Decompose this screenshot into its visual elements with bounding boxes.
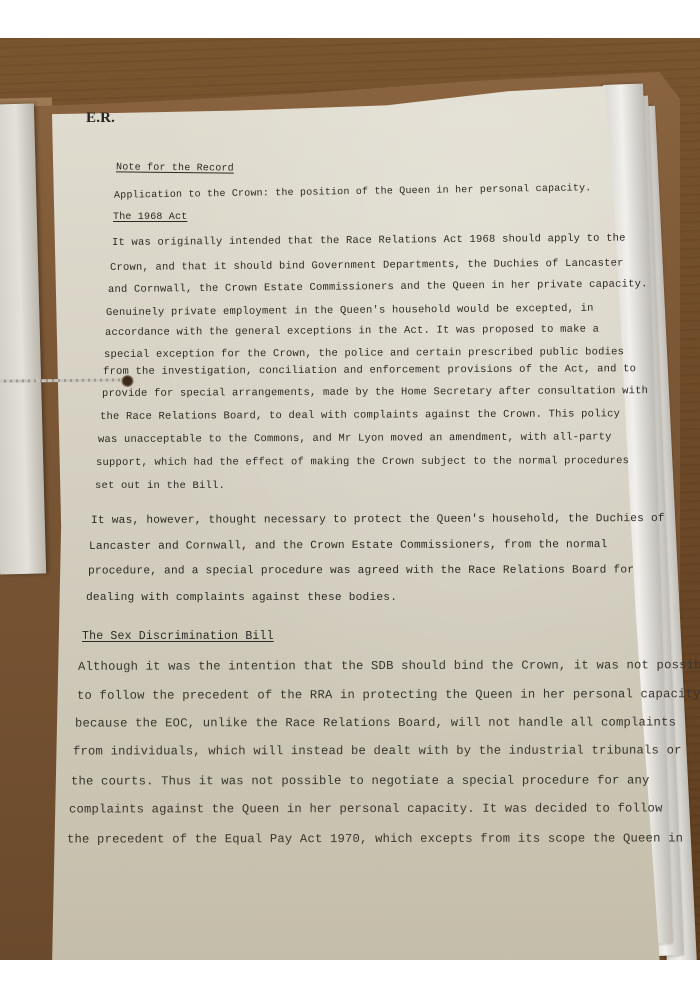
text-line: because the EOC, unlike the Race Relatio… <box>75 715 676 730</box>
text-line: accordance with the general exceptions i… <box>105 324 599 339</box>
text-line: was unacceptable to the Commons, and Mr … <box>98 431 612 446</box>
text-line: Crown, and that it should bind Governmen… <box>110 258 624 274</box>
text-line: procedure, and a special procedure was a… <box>88 565 634 578</box>
text-line: to follow the precedent of the RRA in pr… <box>77 687 700 703</box>
note-heading: Note for the Record <box>116 162 234 174</box>
text-line: provide for special arrangements, made b… <box>102 385 648 400</box>
text-line: Although it was the intention that the S… <box>78 658 700 674</box>
section-heading: The 1968 Act <box>113 212 187 223</box>
text-line: special exception for the Crown, the pol… <box>104 346 624 361</box>
text-line: the Race Relations Board, to deal with c… <box>100 408 620 423</box>
document-text: E.R. Note for the Record Application to … <box>0 0 700 990</box>
text-line: support, which had the effect of making … <box>96 455 629 469</box>
text-line: from individuals, which will instead be … <box>73 743 682 758</box>
subject-line: Application to the Crown: the position o… <box>114 183 592 201</box>
text-line: Genuinely private employment in the Quee… <box>106 303 594 319</box>
section-heading: The Sex Discrimination Bill <box>82 630 274 643</box>
text-line: Lancaster and Cornwall, and the Crown Es… <box>89 539 608 553</box>
text-line: It was originally intended that the Race… <box>112 233 626 249</box>
text-line: from the investigation, conciliation and… <box>103 363 636 378</box>
binding-string <box>0 378 130 382</box>
text-line: set out in the Bill. <box>95 480 225 492</box>
text-line: the precedent of the Equal Pay Act 1970,… <box>67 831 683 846</box>
punch-hole <box>121 375 134 387</box>
text-line: complaints against the Queen in her pers… <box>69 801 663 816</box>
text-line: the courts. Thus it was not possible to … <box>71 773 650 788</box>
text-line: dealing with complaints against these bo… <box>86 592 397 604</box>
text-line: It was, however, thought necessary to pr… <box>91 513 665 527</box>
text-line: and Cornwall, the Crown Estate Commissio… <box>108 278 648 296</box>
header-mark: E.R. <box>86 110 115 127</box>
